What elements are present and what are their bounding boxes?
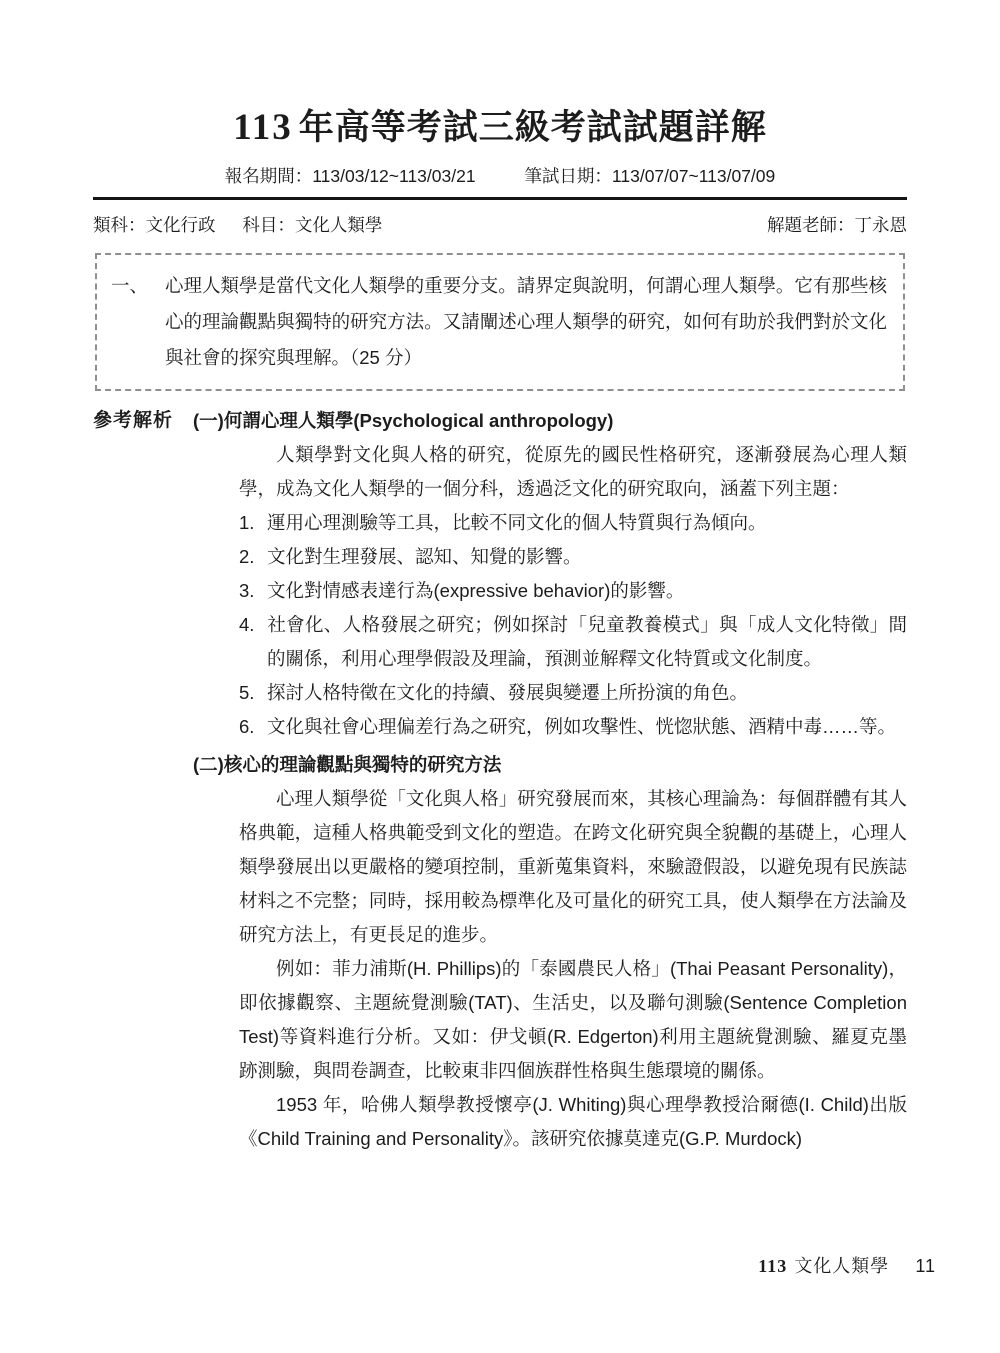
list-item: 1.運用心理測驗等工具，比較不同文化的個人特質與行為傾向。 [239,506,907,540]
list-item-text: 探討人格特徵在文化的持續、發展與變遷上所扮演的角色。 [267,682,748,703]
question-text: 心理人類學是當代文化人類學的重要分支。請界定與說明，何謂心理人類學。它有那些核心… [165,268,887,376]
page-title-text: 年高等考試三級考試試題詳解 [299,108,767,147]
question-box: 一、 心理人類學是當代文化人類學的重要分支。請界定與說明，何謂心理人類學。它有那… [95,253,905,391]
list-item: 5.探討人格特徵在文化的持續、發展與變遷上所扮演的角色。 [239,676,907,710]
list-item-text: 文化對生理發展、認知、知覺的影響。 [267,546,582,567]
list-item-text: 文化與社會心理偏差行為之研究，例如攻擊性、恍惚狀態、酒精中毒……等。 [267,716,896,737]
subject-label: 科目：文化人類學 [242,215,382,235]
section-1-heading: (一)何謂心理人類學(Psychological anthropology) [193,404,907,438]
section-2-heading: (二)核心的理論觀點與獨特的研究方法 [193,748,907,782]
section-2-paragraph: 1953 年，哈佛人類學教授懷亭(J. Whiting)與心理學教授洽爾德(I.… [239,1088,907,1156]
list-item: 4.社會化、人格發展之研究；例如探討「兒童教養模式」與「成人文化特徵」間的關係，… [239,608,907,676]
question-row: 一、 心理人類學是當代文化人類學的重要分支。請界定與說明，何謂心理人類學。它有那… [111,268,887,376]
exam-solution-page: 113年高等考試三級考試試題詳解 報名期間：113/03/12~113/03/2… [0,0,1000,1353]
footer-subject: 文化人類學 [794,1256,889,1276]
list-item-number: 4. [239,608,267,642]
header-divider [93,197,907,200]
page-title: 113年高等考試三級考試試題詳解 [0,0,1000,150]
section-2-paragraph: 心理人類學從「文化與人格」研究發展而來，其核心理論為：每個群體有其人格典範，這種… [239,782,907,952]
page-footer: 113文化人類學11 [758,1252,936,1278]
registration-period: 報名期間：113/03/12~113/03/21 [225,166,476,186]
list-item-number: 1. [239,506,267,540]
meta-row: 類科：文化行政 科目：文化人類學 解題老師：丁永恩 [93,212,907,237]
page-title-year: 113 [233,107,292,148]
written-exam-date: 筆試日期：113/07/07~113/07/09 [524,166,775,186]
exam-dates-line: 報名期間：113/03/12~113/03/21 筆試日期：113/07/07~… [0,163,1000,188]
list-item: 2.文化對生理發展、認知、知覺的影響。 [239,540,907,574]
list-item-number: 5. [239,676,267,710]
question-number: 一、 [111,268,165,376]
solution-content: (一)何謂心理人類學(Psychological anthropology) 人… [193,404,907,1156]
meta-left: 類科：文化行政 科目：文化人類學 [93,212,382,237]
category-label: 類科：文化行政 [93,215,216,235]
section-1-list: 1.運用心理測驗等工具，比較不同文化的個人特質與行為傾向。 2.文化對生理發展、… [239,506,907,744]
list-item-text: 運用心理測驗等工具，比較不同文化的個人特質與行為傾向。 [267,512,767,533]
section-2-paragraph: 例如：菲力浦斯(H. Phillips)的「泰國農民人格」(Thai Peasa… [239,952,907,1088]
list-item-text: 文化對情感表達行為(expressive behavior)的影響。 [267,580,684,601]
list-item: 6.文化與社會心理偏差行為之研究，例如攻擊性、恍惚狀態、酒精中毒……等。 [239,710,907,744]
list-item: 3.文化對情感表達行為(expressive behavior)的影響。 [239,574,907,608]
list-item-text: 社會化、人格發展之研究；例如探討「兒童教養模式」與「成人文化特徵」間的關係，利用… [267,614,907,669]
solution-label: 參考解析 [93,404,193,1156]
section-1-paragraph: 人類學對文化與人格的研究，從原先的國民性格研究，逐漸發展為心理人類學，成為文化人… [239,438,907,506]
solver-label: 解題老師：丁永恩 [767,212,907,237]
list-item-number: 6. [239,710,267,744]
footer-year: 113 [758,1256,787,1276]
list-item-number: 3. [239,574,267,608]
list-item-number: 2. [239,540,267,574]
solution-area: 參考解析 (一)何謂心理人類學(Psychological anthropolo… [93,404,907,1156]
footer-page-number: 11 [915,1256,936,1276]
